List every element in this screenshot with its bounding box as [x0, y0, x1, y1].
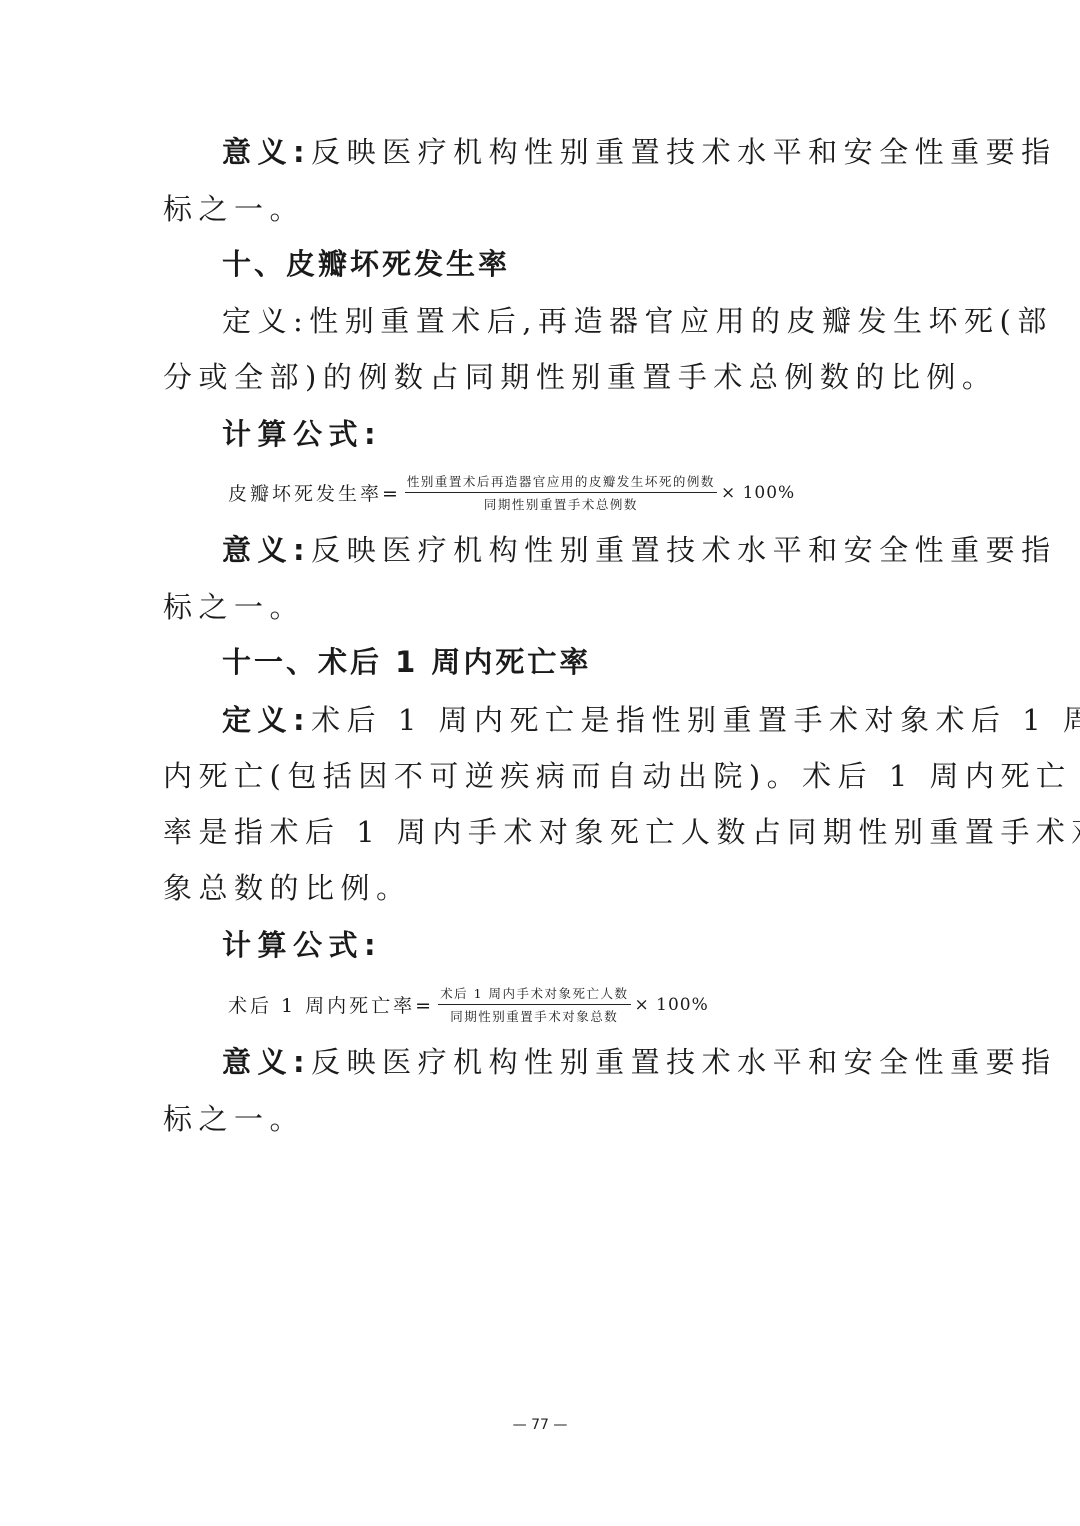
- definition-label: 定义:: [222, 703, 311, 737]
- significance-continuation-2: 标之一。: [163, 587, 305, 627]
- formula-one-week-mortality-rate: 术后 1 周内死亡率= 术后 1 周内手术对象死亡人数 同期性别重置手术对象总数…: [228, 984, 709, 1025]
- significance-paragraph-2: 意义:反映医疗机构性别重置技术水平和安全性重要指: [222, 530, 1057, 570]
- formula-multiplier: × 100%: [635, 995, 709, 1015]
- significance-label: 意义:: [222, 533, 311, 567]
- significance-text: 反映医疗机构性别重置技术水平和安全性重要指: [311, 135, 1057, 169]
- definition-paragraph-11: 定义:术后 1 周内死亡是指性别重置手术对象术后 1 周: [222, 700, 1080, 740]
- formula-flap-necrosis-rate: 皮瓣坏死发生率= 性别重置术后再造器官应用的皮瓣发生坏死的例数 同期性别重置手术…: [228, 472, 795, 513]
- formula-label-10: 计算公式:: [222, 414, 382, 454]
- section-heading-10: 十、皮瓣坏死发生率: [222, 244, 510, 284]
- formula-lhs: 皮瓣坏死发生率=: [228, 479, 401, 506]
- definition-paragraph-10: 定义:性别重置术后,再造器官应用的皮瓣发生坏死(部: [222, 301, 1053, 341]
- page-number: — 77 —: [0, 1417, 1080, 1433]
- formula-lhs: 术后 1 周内死亡率=: [228, 991, 434, 1018]
- significance-continuation-3: 标之一。: [163, 1099, 305, 1139]
- section-heading-11: 十一、术后 1 周内死亡率: [222, 642, 591, 682]
- significance-text: 反映医疗机构性别重置技术水平和安全性重要指: [311, 533, 1057, 567]
- formula-denominator: 同期性别重置手术总例数: [484, 493, 638, 513]
- significance-paragraph-3: 意义:反映医疗机构性别重置技术水平和安全性重要指: [222, 1042, 1057, 1082]
- definition-text: 术后 1 周内死亡是指性别重置手术对象术后 1 周: [311, 703, 1080, 737]
- formula-fraction: 性别重置术后再造器官应用的皮瓣发生坏死的例数 同期性别重置手术总例数: [405, 472, 717, 513]
- significance-label: 意义:: [222, 135, 311, 169]
- significance-paragraph-1: 意义:反映医疗机构性别重置技术水平和安全性重要指: [222, 132, 1057, 172]
- formula-numerator: 术后 1 周内手术对象死亡人数: [438, 984, 630, 1005]
- definition-continuation-10: 分或全部)的例数占同期性别重置手术总例数的比例。: [163, 357, 997, 397]
- significance-text: 反映医疗机构性别重置技术水平和安全性重要指: [311, 1045, 1057, 1079]
- formula-fraction: 术后 1 周内手术对象死亡人数 同期性别重置手术对象总数: [438, 984, 630, 1025]
- formula-numerator: 性别重置术后再造器官应用的皮瓣发生坏死的例数: [405, 472, 717, 493]
- definition-line-2: 内死亡(包括因不可逆疾病而自动出院)。术后 1 周内死亡: [163, 756, 1072, 796]
- formula-denominator: 同期性别重置手术对象总数: [450, 1005, 618, 1025]
- definition-line-4: 象总数的比例。: [163, 868, 412, 908]
- definition-label: 定义:: [222, 304, 309, 338]
- formula-multiplier: × 100%: [721, 483, 795, 503]
- significance-label: 意义:: [222, 1045, 311, 1079]
- definition-text: 性别重置术后,再造器官应用的皮瓣发生坏死(部: [309, 304, 1053, 338]
- formula-label-11: 计算公式:: [222, 925, 382, 965]
- significance-continuation-1: 标之一。: [163, 189, 305, 229]
- definition-line-3: 率是指术后 1 周内手术对象死亡人数占同期性别重置手术对: [163, 812, 1080, 852]
